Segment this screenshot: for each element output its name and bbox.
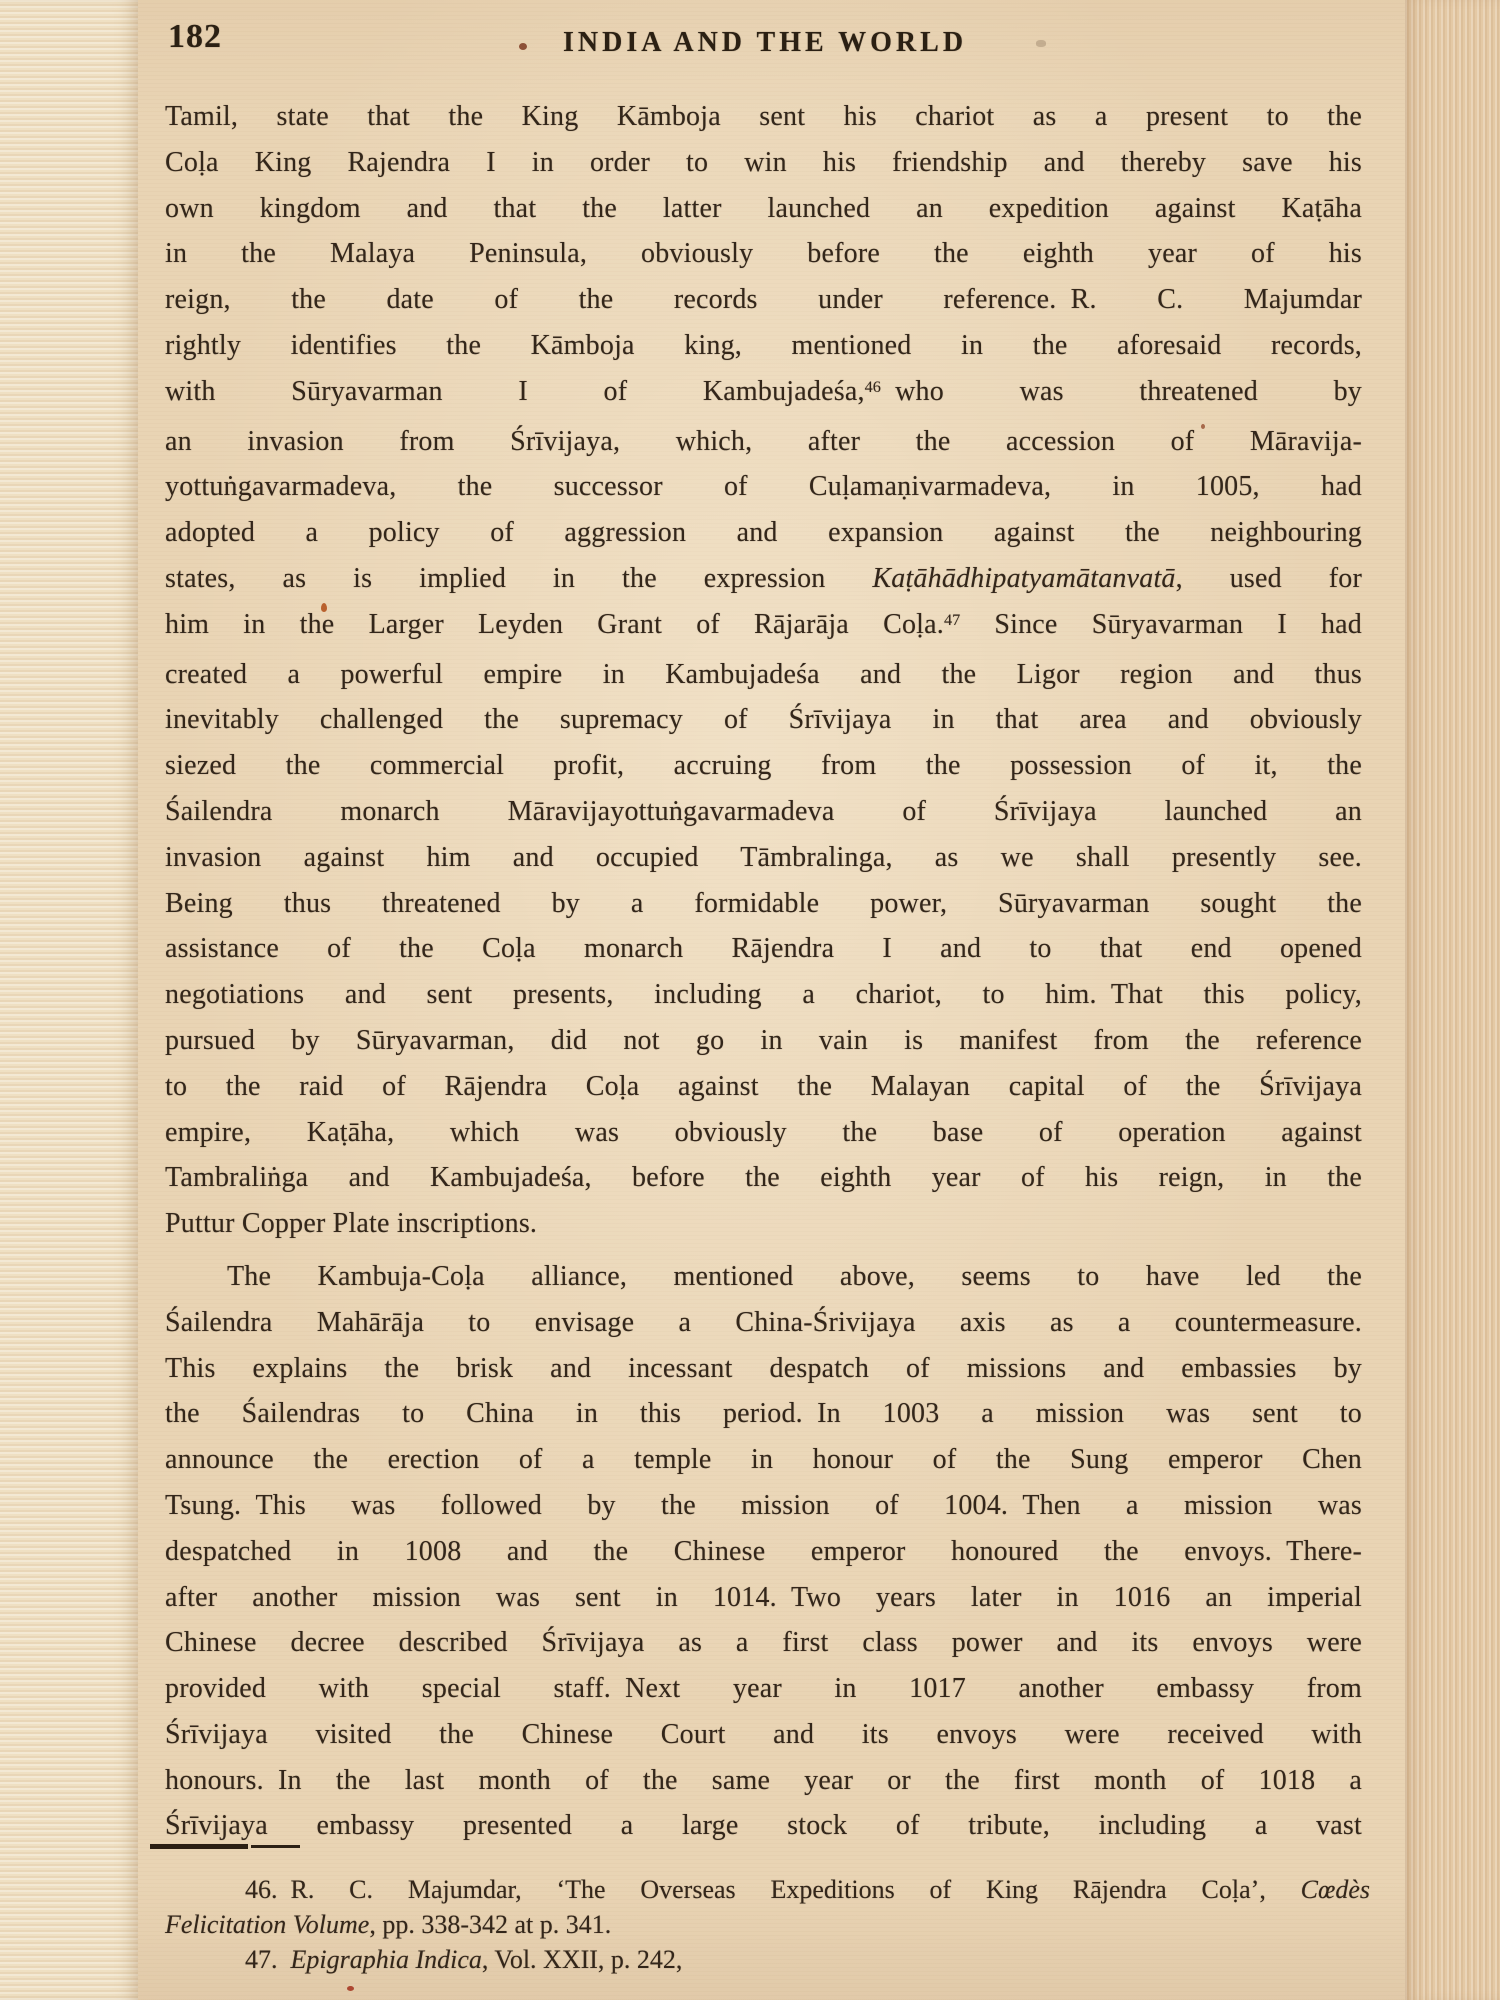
body-text-line: him in the Larger Leyden Grant of Rājarā…	[165, 602, 1362, 652]
body-text-line: despatched in 1008 and the Chinese emper…	[165, 1529, 1362, 1575]
text-segment: , used for	[1176, 563, 1362, 594]
text-segment: despatched in 1008 and the Chinese emper…	[165, 1536, 1362, 1567]
ink-speck	[519, 43, 527, 50]
body-text-line: honours. In the last month of the same y…	[165, 1758, 1362, 1804]
text-segment: with Sūryavarman I of Kambujadeśa,	[165, 376, 865, 407]
footnote-line: Felicitation Volume, pp. 338-342 at p. 3…	[165, 1907, 1370, 1942]
page-left-edge-texture	[0, 0, 138, 2000]
text-segment: Śailendra Mahārāja to envisage a China-Ś…	[165, 1307, 1362, 1338]
text-segment: created a powerful empire in Kambujadeśa…	[165, 659, 1362, 690]
body-text-line: Being thus threatened by a formidable po…	[165, 881, 1362, 927]
text-segment: Coḷa King Rajendra I in order to win his…	[165, 147, 1362, 178]
body-text-line: Chinese decree described Śrīvijaya as a …	[165, 1620, 1362, 1666]
text-segment: Tambraliṅga and Kambujadeśa, before the …	[165, 1162, 1362, 1193]
footnote-rule-thick-segment	[150, 1844, 248, 1849]
running-header-title: INDIA AND THE WORLD	[563, 27, 967, 59]
text-segment: Śailendra monarch Māravijayottuṅgavarmad…	[165, 796, 1362, 827]
text-segment: siezed the commercial profit, accruing f…	[165, 750, 1362, 781]
text-segment: announce the erection of a temple in hon…	[165, 1444, 1362, 1475]
scanned-book-page: 182 INDIA AND THE WORLD Tamil, state tha…	[0, 0, 1500, 2000]
text-segment: This explains the brisk and incessant de…	[165, 1353, 1362, 1384]
body-text-line: negotiations and sent presents, includin…	[165, 972, 1362, 1018]
text-segment: , Vol. XXII, p. 242,	[482, 1945, 683, 1974]
text-segment: empire, Kaṭāha, which was obviously the …	[165, 1117, 1362, 1148]
text-segment: Tsung. This was followed by the mission …	[165, 1490, 1362, 1521]
text-segment: , pp. 338-342 at p. 341.	[369, 1910, 611, 1939]
text-segment: provided with special staff. Next year i…	[165, 1673, 1362, 1704]
ink-speck	[321, 603, 327, 612]
body-text-line: Tamil, state that the King Kāmboja sent …	[165, 94, 1362, 140]
text-segment: Kaṭāhādhipatyamātanvatā	[872, 563, 1175, 594]
body-text-line: with Sūryavarman I of Kambujadeśa,46 who…	[165, 369, 1362, 419]
text-segment: inevitably challenged the supremacy of Ś…	[165, 704, 1362, 735]
footnotes: 46. R. C. Majumdar, ‘The Overseas Expedi…	[165, 1872, 1370, 1977]
text-segment: Epigraphia Indica	[291, 1945, 482, 1974]
text-segment: The Kambuja-Coḷa alliance, mentioned abo…	[227, 1261, 1362, 1292]
text-segment: Being thus threatened by a formidable po…	[165, 888, 1362, 919]
text-segment: 47.	[245, 1945, 291, 1974]
page-number: 182	[168, 18, 222, 56]
body-text-line: announce the erection of a temple in hon…	[165, 1437, 1362, 1483]
body-text-line: own kingdom and that the latter launched…	[165, 186, 1362, 232]
text-segment: an invasion from Śrīvijaya, which, after…	[165, 426, 1362, 457]
body-text-line: empire, Kaṭāha, which was obviously the …	[165, 1110, 1362, 1156]
text-segment: Since Sūryavarman I had	[960, 609, 1362, 640]
text-segment: to the raid of Rājendra Coḷa against the…	[165, 1071, 1362, 1102]
body-text-line: provided with special staff. Next year i…	[165, 1666, 1362, 1712]
body-text-line: yottuṅgavarmadeva, the successor of Cuḷa…	[165, 464, 1362, 510]
text-segment: reign, the date of the records under ref…	[165, 284, 1362, 315]
body-text-line: after another mission was sent in 1014. …	[165, 1575, 1362, 1621]
text-segment: adopted a policy of aggression and expan…	[165, 517, 1362, 548]
text-segment: who was threatened by	[881, 376, 1362, 407]
body-text-line: created a powerful empire in Kambujadeśa…	[165, 652, 1362, 698]
footnote-line: 47. Epigraphia Indica, Vol. XXII, p. 242…	[165, 1942, 1370, 1977]
body-text-line: Tsung. This was followed by the mission …	[165, 1483, 1362, 1529]
page-right-edge-texture	[1405, 0, 1500, 2000]
text-segment: rightly identifies the Kāmboja king, men…	[165, 330, 1362, 361]
text-segment: Śrīvijaya embassy presented a large stoc…	[165, 1810, 1362, 1841]
footnote-reference-marker: 46	[865, 378, 881, 396]
body-text-line: Tambraliṅga and Kambujadeśa, before the …	[165, 1155, 1362, 1201]
text-segment: Chinese decree described Śrīvijaya as a …	[165, 1627, 1362, 1658]
text-segment: states, as is implied in the expression	[165, 563, 872, 594]
footnote-separator-rule	[150, 1843, 450, 1849]
body-text-line: to the raid of Rājendra Coḷa against the…	[165, 1064, 1362, 1110]
body-text-line: The Kambuja-Coḷa alliance, mentioned abo…	[165, 1254, 1362, 1300]
text-segment: own kingdom and that the latter launched…	[165, 193, 1362, 224]
text-segment: assistance of the Coḷa monarch Rājendra …	[165, 933, 1362, 964]
text-segment: Śrīvijaya visited the Chinese Court and …	[165, 1719, 1362, 1750]
text-segment: pursued by Sūryavarman, did not go in va…	[165, 1025, 1362, 1056]
text-segment: in the Malaya Peninsula, obviously befor…	[165, 238, 1362, 269]
body-text-line: inevitably challenged the supremacy of Ś…	[165, 697, 1362, 743]
text-segment: yottuṅgavarmadeva, the successor of Cuḷa…	[165, 471, 1362, 502]
body-text-line: invasion against him and occupied Tāmbra…	[165, 835, 1362, 881]
text-segment: the Śailendras to China in this period. …	[165, 1398, 1362, 1429]
body-text-line: in the Malaya Peninsula, obviously befor…	[165, 231, 1362, 277]
body-text: Tamil, state that the King Kāmboja sent …	[165, 94, 1362, 1849]
body-text-line: Śrīvijaya visited the Chinese Court and …	[165, 1712, 1362, 1758]
footnote-reference-marker: 47	[944, 611, 960, 629]
body-text-line: states, as is implied in the expression …	[165, 556, 1362, 602]
body-text-line: Śailendra monarch Māravijayottuṅgavarmad…	[165, 789, 1362, 835]
body-text-line: assistance of the Coḷa monarch Rājendra …	[165, 926, 1362, 972]
body-text-line: rightly identifies the Kāmboja king, men…	[165, 323, 1362, 369]
text-segment: negotiations and sent presents, includin…	[165, 979, 1362, 1010]
body-text-line: Śailendra Mahārāja to envisage a China-Ś…	[165, 1300, 1362, 1346]
text-segment: Felicitation Volume	[165, 1910, 369, 1939]
text-segment: him in the Larger Leyden Grant of Rājarā…	[165, 609, 944, 640]
body-text-line: Coḷa King Rajendra I in order to win his…	[165, 140, 1362, 186]
body-text-line: adopted a policy of aggression and expan…	[165, 510, 1362, 556]
ink-speck	[1201, 424, 1205, 429]
body-text-line: pursued by Sūryavarman, did not go in va…	[165, 1018, 1362, 1064]
body-text-line: reign, the date of the records under ref…	[165, 277, 1362, 323]
ink-speck	[347, 1986, 354, 1991]
body-text-line: siezed the commercial profit, accruing f…	[165, 743, 1362, 789]
ink-smudge	[1036, 40, 1046, 47]
text-segment: invasion against him and occupied Tāmbra…	[165, 842, 1362, 873]
body-text-line: This explains the brisk and incessant de…	[165, 1346, 1362, 1392]
body-text-line: an invasion from Śrīvijaya, which, after…	[165, 419, 1362, 465]
footnote-line: 46. R. C. Majumdar, ‘The Overseas Expedi…	[165, 1872, 1370, 1907]
paragraph: The Kambuja-Coḷa alliance, mentioned abo…	[165, 1254, 1362, 1849]
text-segment: honours. In the last month of the same y…	[165, 1765, 1362, 1796]
text-segment: Tamil, state that the King Kāmboja sent …	[165, 101, 1362, 132]
body-text-line: Puttur Copper Plate inscriptions.	[165, 1201, 1362, 1247]
text-segment: 46. R. C. Majumdar, ‘The Overseas Expedi…	[245, 1875, 1301, 1904]
paragraph: Tamil, state that the King Kāmboja sent …	[165, 94, 1362, 1247]
text-segment: Puttur Copper Plate inscriptions.	[165, 1208, 537, 1239]
footnote-rule-thin-segment	[251, 1845, 300, 1848]
body-text-line: the Śailendras to China in this period. …	[165, 1391, 1362, 1437]
text-segment: Cœdès	[1301, 1875, 1370, 1904]
text-segment: after another mission was sent in 1014. …	[165, 1582, 1362, 1613]
